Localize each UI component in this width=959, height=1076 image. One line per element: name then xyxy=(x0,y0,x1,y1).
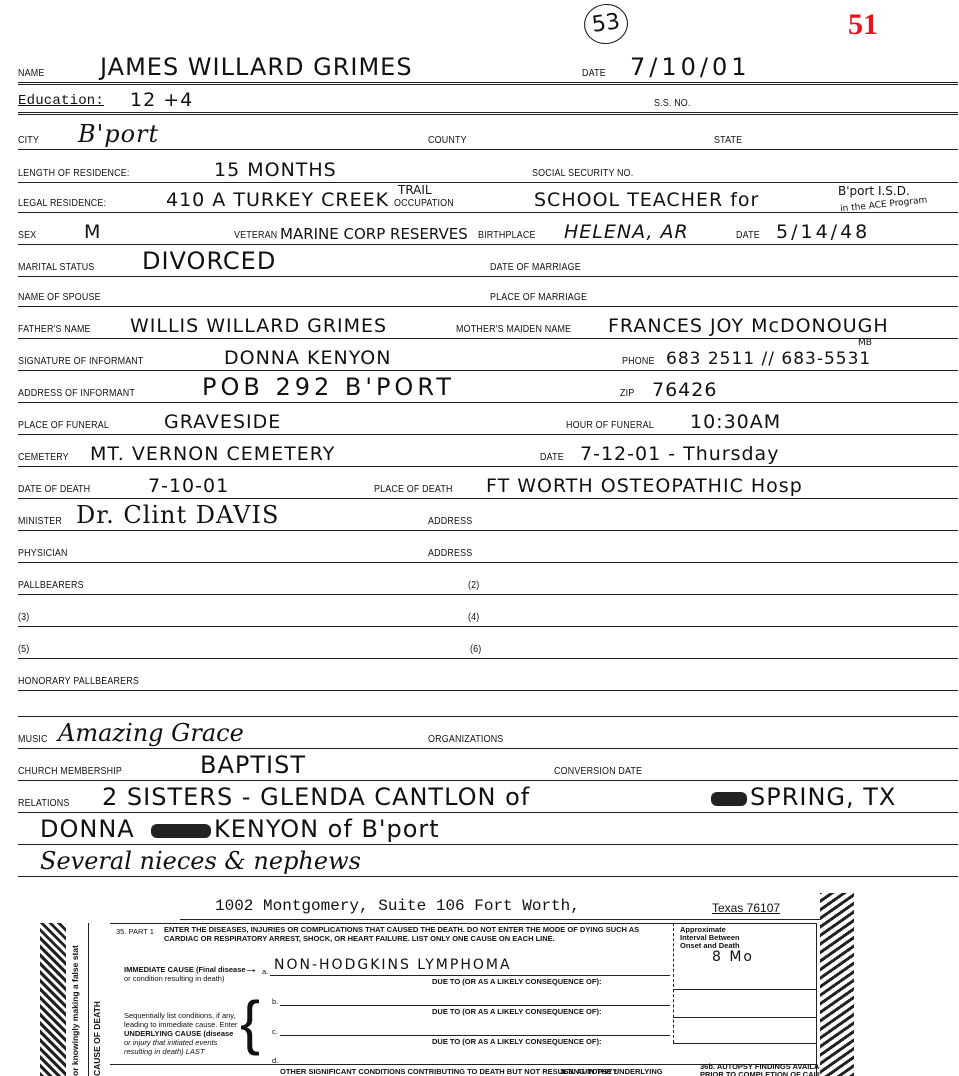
relations-line-2-end[interactable]: KENYON of B'port xyxy=(214,815,440,843)
interval-row-line xyxy=(673,1043,816,1044)
date-of-death-label: DATE OF DEATH xyxy=(18,483,90,495)
relations-line-2-start[interactable]: DONNA xyxy=(40,815,135,843)
place-of-funeral-value[interactable]: GRAVESIDE xyxy=(164,411,281,433)
address-of-informant-label: ADDRESS OF INFORMANT xyxy=(18,387,135,399)
instruction-line-1: ENTER THE DISEASES, INJURIES OR COMPLICA… xyxy=(164,925,639,934)
row-parents: FATHER'S NAME WILLIS WILLARD GRIMES MOTH… xyxy=(18,308,958,339)
pallbearers-label: PALLBEARERS xyxy=(18,579,84,591)
row-physician: PHYSICIAN ADDRESS xyxy=(18,532,958,563)
cause-c-line xyxy=(280,1035,670,1036)
page-number: 51 xyxy=(848,8,878,42)
occupation-label: OCCUPATION xyxy=(394,197,454,209)
interval-row-line xyxy=(673,989,816,990)
sequential-5: resulting in death) LAST xyxy=(124,1047,204,1056)
date-label: DATE xyxy=(582,67,606,79)
row-death: DATE OF DEATH 7-10-01 PLACE OF DEATH FT … xyxy=(18,468,958,499)
interval-divider xyxy=(673,923,674,1043)
cause-a-letter: a. xyxy=(262,967,268,976)
cause-a-value[interactable]: NON-HODGKINS LYMPHOMA xyxy=(274,957,512,973)
occupation-note-1[interactable]: B'port I.S.D. xyxy=(838,184,910,198)
cause-b-line xyxy=(280,1005,670,1006)
zip-label: ZIP xyxy=(620,387,634,399)
birthplace-value[interactable]: HELENA, AR xyxy=(564,221,689,243)
pallbearer-slot-6: (6) xyxy=(470,643,481,655)
row-name: NAME JAMES WILLARD GRIMES DATE 7/10/01 xyxy=(18,50,958,85)
mothers-maiden-name-value[interactable]: FRANCES JOY McDONOUGH xyxy=(608,315,889,337)
marital-status-value[interactable]: DIVORCED xyxy=(142,247,276,275)
security-pattern-right xyxy=(820,893,854,1076)
row-marital-status: MARITAL STATUS DIVORCED DATE OF MARRIAGE xyxy=(18,246,958,277)
minister-address-label: ADDRESS xyxy=(428,515,472,527)
row-pallbearers-2: (3) (4) xyxy=(18,596,958,627)
autopsy-label: 36a. AUTOPSY? xyxy=(560,1067,617,1076)
education-value[interactable]: 12 +4 xyxy=(130,89,193,111)
row-minister: MINISTER Dr. Clint DAVIS ADDRESS xyxy=(18,500,958,531)
funeral-date-value[interactable]: 7-12-01 - Thursday xyxy=(580,443,779,465)
scribbled-out-text xyxy=(711,792,747,806)
church-membership-label: CHURCH MEMBERSHIP xyxy=(18,765,122,777)
birthplace-label: BIRTHPLACE xyxy=(478,229,536,241)
sex-label: SEX xyxy=(18,229,36,241)
physician-address-label: ADDRESS xyxy=(428,547,472,559)
veteran-value[interactable]: MARINE CORP RESERVES xyxy=(280,225,468,243)
row-informant-address: ADDRESS OF INFORMANT POB 292 B'PORT ZIP … xyxy=(18,372,958,403)
cause-a-line xyxy=(270,975,670,976)
part-label: 35. PART 1 xyxy=(116,927,154,936)
scribbled-out-text xyxy=(151,824,211,838)
side-text-3: CAUSE OF DEATH xyxy=(92,983,104,1076)
row-city: CITY B'port COUNTY STATE xyxy=(18,117,958,150)
row-legal-residence: LEGAL RESIDENCE: 410 A TURKEY CREEK TRAI… xyxy=(18,184,958,213)
music-value[interactable]: Amazing Grace xyxy=(58,719,244,747)
city-state-zip: Texas 76107 xyxy=(712,901,780,915)
legal-residence-insert[interactable]: TRAIL xyxy=(398,183,432,197)
name-value[interactable]: JAMES WILLARD GRIMES xyxy=(100,53,413,81)
side-divider xyxy=(88,923,89,1076)
pallbearer-slot-2: (2) xyxy=(468,579,479,591)
circled-record-number: 53 xyxy=(581,1,630,47)
name-label: NAME xyxy=(18,67,44,79)
phone-label: PHONE xyxy=(622,355,655,367)
organizations-label: ORGANIZATIONS xyxy=(428,733,503,745)
immediate-cause-label-2: or condition resulting in death) xyxy=(124,974,224,983)
interval-value[interactable]: 8 Mo xyxy=(712,949,754,965)
physician-label: PHYSICIAN xyxy=(18,547,68,559)
relations-line-1-end[interactable]: SPRING, TX xyxy=(750,783,896,811)
place-of-death-value[interactable]: FT WORTH OSTEOPATHIC Hosp xyxy=(486,475,803,497)
date-of-death-value[interactable]: 7-10-01 xyxy=(148,475,229,497)
row-relations-3: Several nieces & nephews xyxy=(18,846,958,877)
relations-line-3[interactable]: Several nieces & nephews xyxy=(40,847,361,875)
row-church: CHURCH MEMBERSHIP BAPTIST CONVERSION DAT… xyxy=(18,750,958,781)
minister-value[interactable]: Dr. Clint DAVIS xyxy=(76,501,279,529)
city-value[interactable]: B'port xyxy=(78,120,159,148)
row-funeral: PLACE OF FUNERAL GRAVESIDE HOUR OF FUNER… xyxy=(18,404,958,435)
social-security-no-label: SOCIAL SECURITY NO. xyxy=(532,167,633,179)
row-relations-2: DONNA KENYON of B'port xyxy=(18,814,958,845)
length-of-residence-label: LENGTH OF RESIDENCE: xyxy=(18,167,130,179)
city-label: CITY xyxy=(18,134,39,146)
security-pattern-left xyxy=(40,923,66,1076)
county-label: COUNTY xyxy=(428,134,467,146)
place-of-death-label: PLACE OF DEATH xyxy=(374,483,453,495)
minister-label: MINISTER xyxy=(18,515,62,527)
veteran-label: VETERAN xyxy=(234,229,277,241)
relations-label: RELATIONS xyxy=(18,797,69,809)
due-to-c: DUE TO (OR AS A LIKELY CONSEQUENCE OF): xyxy=(432,1037,601,1046)
due-to-a: DUE TO (OR AS A LIKELY CONSEQUENCE OF): xyxy=(432,977,601,986)
row-pallbearers-1: PALLBEARERS (2) xyxy=(18,564,958,595)
row-music: MUSIC Amazing Grace ORGANIZATIONS xyxy=(18,718,958,749)
hour-of-funeral-label: HOUR OF FUNERAL xyxy=(566,419,654,431)
row-sex: SEX M VETERAN MARINE CORP RESERVES BIRTH… xyxy=(18,214,958,245)
occupation-value[interactable]: SCHOOL TEACHER for xyxy=(534,189,759,211)
ss-no-label: S.S. NO. xyxy=(654,97,691,109)
sequential-2: leading to immediate cause. Enter xyxy=(124,1020,237,1029)
row-spouse: NAME OF SPOUSE PLACE OF MARRIAGE xyxy=(18,278,958,307)
church-membership-value[interactable]: BAPTIST xyxy=(200,751,306,779)
brace-icon: { xyxy=(240,993,260,1053)
legal-residence-label: LEGAL RESIDENCE: xyxy=(18,197,106,209)
pallbearer-slot-3: (3) xyxy=(18,611,29,623)
row-length-of-residence: LENGTH OF RESIDENCE: 15 MONTHS SOCIAL SE… xyxy=(18,152,958,183)
blank-line xyxy=(18,692,958,717)
relations-line-1[interactable]: 2 SISTERS - GLENDA CANTLON of xyxy=(102,783,530,811)
signature-of-informant-value[interactable]: DONNA KENYON xyxy=(224,347,391,369)
occupation-note-2[interactable]: in the ACE Program xyxy=(840,195,928,214)
death-certificate-fragment: 1002 Montgomery, Suite 106 Fort Worth, T… xyxy=(40,893,920,1076)
arrow-icon: → xyxy=(244,964,258,973)
row-informant: SIGNATURE OF INFORMANT DONNA KENYON PHON… xyxy=(18,340,958,371)
signature-of-informant-label: SIGNATURE OF INFORMANT xyxy=(18,355,144,367)
instruction-line-2: CARDIAC OR RESPIRATORY ARREST, SHOCK, OR… xyxy=(164,934,555,943)
cemetery-value[interactable]: MT. VERNON CEMETERY xyxy=(90,443,335,465)
cemetery-label: CEMETERY xyxy=(18,451,69,463)
sequential-4: or injury that initiated events xyxy=(124,1038,217,1047)
zip-value[interactable]: 76426 xyxy=(652,379,717,401)
pallbearer-slot-5: (5) xyxy=(18,643,29,655)
sequential-1: Sequentially list conditions, if any, xyxy=(124,1011,236,1020)
sex-value[interactable]: M xyxy=(84,221,101,243)
row-honorary-pallbearers: HONORARY PALLBEARERS xyxy=(18,660,958,691)
phone-value[interactable]: 683 2511 // 683-5531 xyxy=(666,349,871,369)
pallbearer-slot-4: (4) xyxy=(468,611,479,623)
funeral-date-label: DATE xyxy=(540,451,564,463)
birth-date-value[interactable]: 5/14/48 xyxy=(776,221,870,243)
place-of-funeral-label: PLACE OF FUNERAL xyxy=(18,419,109,431)
row-education: Education: 12 +4 S.S. NO. xyxy=(18,84,958,115)
address-of-informant-value[interactable]: POB 292 B'PORT xyxy=(202,373,455,401)
mothers-maiden-name-label: MOTHER'S MAIDEN NAME xyxy=(456,323,571,335)
immediate-cause-label-1: IMMEDIATE CAUSE (Final disease xyxy=(124,965,246,974)
place-of-marriage-label: PLACE OF MARRIAGE xyxy=(490,291,587,303)
name-of-spouse-label: NAME OF SPOUSE xyxy=(18,291,101,303)
conversion-date-label: CONVERSION DATE xyxy=(554,765,642,777)
state-label: STATE xyxy=(714,134,742,146)
certificate-top-line xyxy=(180,919,820,920)
cause-c-letter: c. xyxy=(272,1027,278,1036)
birth-date-label: DATE xyxy=(736,229,760,241)
row-relations-1: RELATIONS 2 SISTERS - GLENDA CANTLON of … xyxy=(18,782,958,813)
date-value[interactable]: 7/10/01 xyxy=(630,53,751,81)
interval-row-line xyxy=(673,1017,816,1018)
fathers-name-label: FATHER'S NAME xyxy=(18,323,91,335)
date-of-marriage-label: DATE OF MARRIAGE xyxy=(490,261,581,273)
length-of-residence-value[interactable]: 15 MONTHS xyxy=(214,159,337,181)
education-label: Education: xyxy=(18,93,104,109)
marital-status-label: MARITAL STATUS xyxy=(18,261,94,273)
music-label: MUSIC xyxy=(18,733,48,745)
due-to-b: DUE TO (OR AS A LIKELY CONSEQUENCE OF): xyxy=(432,1007,601,1016)
phone-note[interactable]: MB xyxy=(858,338,872,348)
side-text-1: or knowingly making a false stat xyxy=(70,929,84,1076)
fathers-name-value[interactable]: WILLIS WILLARD GRIMES xyxy=(130,315,387,337)
row-pallbearers-3: (5) (6) xyxy=(18,628,958,659)
cause-b-letter: b. xyxy=(272,997,278,1006)
row-cemetery: CEMETERY MT. VERNON CEMETERY DATE 7-12-0… xyxy=(18,436,958,467)
hour-of-funeral-value[interactable]: 10:30AM xyxy=(690,411,781,433)
sequential-3: UNDERLYING CAUSE (disease xyxy=(124,1029,233,1038)
legal-residence-value[interactable]: 410 A TURKEY CREEK xyxy=(166,189,389,211)
honorary-pallbearers-label: HONORARY PALLBEARERS xyxy=(18,675,139,687)
typed-address: 1002 Montgomery, Suite 106 Fort Worth, xyxy=(215,897,580,915)
